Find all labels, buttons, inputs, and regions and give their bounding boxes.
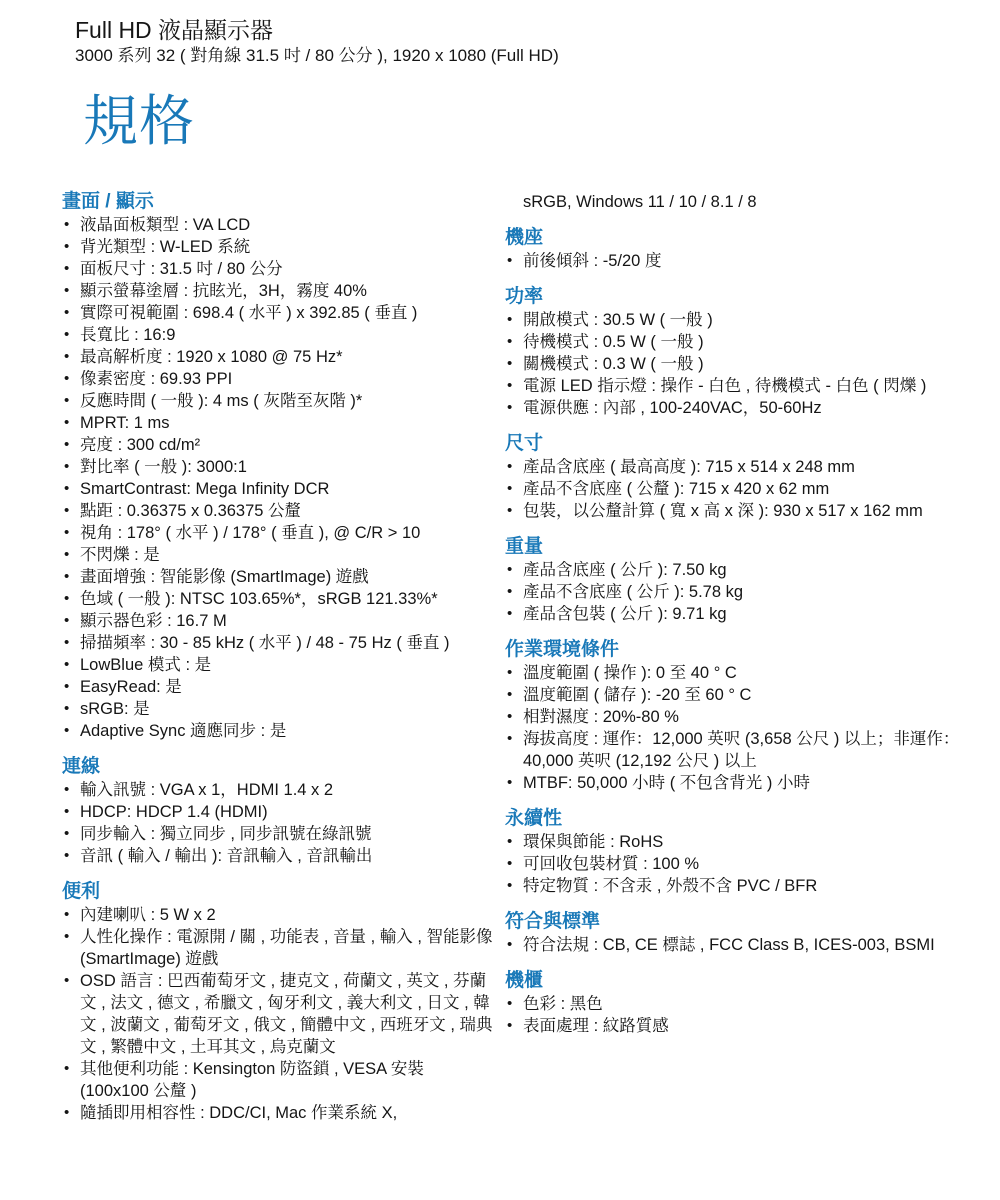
spec-item: 背光類型 : W-LED 系統	[62, 236, 494, 258]
spec-item-list: 開啟模式 : 30.5 W ( 一般 )待機模式 : 0.5 W ( 一般 )關…	[505, 309, 965, 419]
spec-item: 溫度範圍 ( 操作 ): 0 至 40 ° C	[505, 662, 965, 684]
spec-item: 前後傾斜 : -5/20 度	[505, 250, 965, 272]
right-column: sRGB, Windows 11 / 10 / 8.1 / 8機座前後傾斜 : …	[505, 191, 965, 1124]
spec-item: 實際可視範圍 : 698.4 ( 水平 ) x 392.85 ( 垂直 )	[62, 302, 494, 324]
spec-item-list: 色彩 : 黑色表面處理 : 紋路質感	[505, 993, 965, 1037]
page-title: 規格	[83, 91, 962, 151]
spec-sheet-page: Full HD 液晶顯示器 3000 系列 32 ( 對角線 31.5 吋 / …	[0, 0, 1000, 1200]
spec-item: 色域 ( 一般 ): NTSC 103.65%*，sRGB 121.33%*	[62, 588, 494, 610]
spec-item: EasyRead: 是	[62, 676, 494, 698]
spec-section: 機櫃色彩 : 黑色表面處理 : 紋路質感	[505, 970, 965, 1037]
section-heading: 便利	[62, 881, 494, 903]
spec-section: 符合與標準符合法規 : CB, CE 標誌 , FCC Class B, ICE…	[505, 911, 965, 956]
spec-section: 畫面 / 顯示液晶面板類型 : VA LCD背光類型 : W-LED 系統面板尺…	[62, 191, 494, 742]
section-heading: 重量	[505, 536, 965, 558]
spec-item: 輸入訊號 : VGA x 1，HDMI 1.4 x 2	[62, 779, 494, 801]
spec-item: 內建喇叭 : 5 W x 2	[62, 904, 494, 926]
spec-item: 產品不含底座 ( 公斤 ): 5.78 kg	[505, 581, 965, 603]
spec-item: 產品不含底座 ( 公釐 ): 715 x 420 x 62 mm	[505, 478, 965, 500]
spec-item: 待機模式 : 0.5 W ( 一般 )	[505, 331, 965, 353]
spec-item: 隨插即用相容性 : DDC/CI, Mac 作業系統 X,	[62, 1102, 494, 1124]
spec-item: 可回收包裝材質 : 100 %	[505, 853, 965, 875]
left-column: 畫面 / 顯示液晶面板類型 : VA LCD背光類型 : W-LED 系統面板尺…	[62, 191, 494, 1124]
spec-item: 面板尺寸 : 31.5 吋 / 80 公分	[62, 258, 494, 280]
spec-item: 掃描頻率 : 30 - 85 kHz ( 水平 ) / 48 - 75 Hz (…	[62, 632, 494, 654]
document-header: Full HD 液晶顯示器 3000 系列 32 ( 對角線 31.5 吋 / …	[62, 16, 962, 151]
spec-item: 液晶面板類型 : VA LCD	[62, 214, 494, 236]
spec-item-list: 產品含底座 ( 公斤 ): 7.50 kg產品不含底座 ( 公斤 ): 5.78…	[505, 559, 965, 625]
spec-item: sRGB: 是	[62, 698, 494, 720]
product-subtitle: 3000 系列 32 ( 對角線 31.5 吋 / 80 公分 ), 1920 …	[75, 45, 962, 67]
spec-section: 重量產品含底座 ( 公斤 ): 7.50 kg產品不含底座 ( 公斤 ): 5.…	[505, 536, 965, 625]
section-heading: 連線	[62, 756, 494, 778]
spec-item: 不閃爍 : 是	[62, 544, 494, 566]
spec-section: 連線輸入訊號 : VGA x 1，HDMI 1.4 x 2HDCP: HDCP …	[62, 756, 494, 867]
spec-item: MPRT: 1 ms	[62, 412, 494, 434]
spec-item: 開啟模式 : 30.5 W ( 一般 )	[505, 309, 965, 331]
spec-section: 尺寸產品含底座 ( 最高高度 ): 715 x 514 x 248 mm產品不含…	[505, 433, 965, 522]
spec-item: 環保與節能 : RoHS	[505, 831, 965, 853]
spec-item: 特定物質 : 不含汞 , 外殼不含 PVC / BFR	[505, 875, 965, 897]
spec-section: sRGB, Windows 11 / 10 / 8.1 / 8	[505, 191, 965, 213]
spec-item: 顯示器色彩 : 16.7 M	[62, 610, 494, 632]
spec-item: 包裝，以公釐計算 ( 寬 x 高 x 深 ): 930 x 517 x 162 …	[505, 500, 965, 522]
spec-item: 反應時間 ( 一般 ): 4 ms ( 灰階至灰階 )*	[62, 390, 494, 412]
spec-item: 產品含底座 ( 公斤 ): 7.50 kg	[505, 559, 965, 581]
section-heading: 機座	[505, 227, 965, 249]
product-title: Full HD 液晶顯示器	[75, 16, 962, 44]
spec-item-list: sRGB, Windows 11 / 10 / 8.1 / 8	[505, 191, 965, 213]
spec-item-list: 前後傾斜 : -5/20 度	[505, 250, 965, 272]
spec-section: 功率開啟模式 : 30.5 W ( 一般 )待機模式 : 0.5 W ( 一般 …	[505, 286, 965, 419]
spec-item: 產品含包裝 ( 公斤 ): 9.71 kg	[505, 603, 965, 625]
spec-item: 對比率 ( 一般 ): 3000:1	[62, 456, 494, 478]
spec-item: 溫度範圍 ( 儲存 ): -20 至 60 ° C	[505, 684, 965, 706]
spec-item: Adaptive Sync 適應同步 : 是	[62, 720, 494, 742]
section-heading: 尺寸	[505, 433, 965, 455]
spec-item: MTBF: 50,000 小時 ( 不包含背光 ) 小時	[505, 772, 965, 794]
spec-item: SmartContrast: Mega Infinity DCR	[62, 478, 494, 500]
spec-item: 人性化操作 : 電源開 / 關 , 功能表 , 音量 , 輸入 , 智能影像 (…	[62, 926, 494, 970]
spec-item: 畫面增強 : 智能影像 (SmartImage) 遊戲	[62, 566, 494, 588]
spec-item: 點距 : 0.36375 x 0.36375 公釐	[62, 500, 494, 522]
spec-item-list: 產品含底座 ( 最高高度 ): 715 x 514 x 248 mm產品不含底座…	[505, 456, 965, 522]
spec-item-list: 輸入訊號 : VGA x 1，HDMI 1.4 x 2HDCP: HDCP 1.…	[62, 779, 494, 867]
spec-item-list: 符合法規 : CB, CE 標誌 , FCC Class B, ICES-003…	[505, 934, 965, 956]
spec-item: 產品含底座 ( 最高高度 ): 715 x 514 x 248 mm	[505, 456, 965, 478]
spec-item-list: 液晶面板類型 : VA LCD背光類型 : W-LED 系統面板尺寸 : 31.…	[62, 214, 494, 742]
spec-item: 最高解析度 : 1920 x 1080 @ 75 Hz*	[62, 346, 494, 368]
spec-item: 視角 : 178° ( 水平 ) / 178° ( 垂直 ), @ C/R > …	[62, 522, 494, 544]
spec-section: 作業環境條件溫度範圍 ( 操作 ): 0 至 40 ° C溫度範圍 ( 儲存 )…	[505, 639, 965, 794]
spec-columns: 畫面 / 顯示液晶面板類型 : VA LCD背光類型 : W-LED 系統面板尺…	[62, 191, 962, 1124]
section-heading: 功率	[505, 286, 965, 308]
section-heading: 作業環境條件	[505, 639, 965, 661]
spec-item: 音訊 ( 輸入 / 輸出 ): 音訊輸入 , 音訊輸出	[62, 845, 494, 867]
spec-item: 像素密度 : 69.93 PPI	[62, 368, 494, 390]
spec-item: 相對濕度 : 20%-80 %	[505, 706, 965, 728]
spec-item: OSD 語言 : 巴西葡萄牙文 , 捷克文 , 荷蘭文 , 英文 , 芬蘭文 ,…	[62, 970, 494, 1058]
section-heading: 機櫃	[505, 970, 965, 992]
spec-item: 表面處理 : 紋路質感	[505, 1015, 965, 1037]
spec-item: 亮度 : 300 cd/m²	[62, 434, 494, 456]
spec-item: 電源供應 : 內部 , 100-240VAC，50-60Hz	[505, 397, 965, 419]
spec-section: 永續性環保與節能 : RoHS可回收包裝材質 : 100 %特定物質 : 不含汞…	[505, 808, 965, 897]
section-heading: 永續性	[505, 808, 965, 830]
spec-section: 便利內建喇叭 : 5 W x 2人性化操作 : 電源開 / 關 , 功能表 , …	[62, 881, 494, 1124]
spec-item-list: 環保與節能 : RoHS可回收包裝材質 : 100 %特定物質 : 不含汞 , …	[505, 831, 965, 897]
spec-item: LowBlue 模式 : 是	[62, 654, 494, 676]
spec-item: 色彩 : 黑色	[505, 993, 965, 1015]
spec-item: 海拔高度 : 運作：12,000 英呎 (3,658 公尺 ) 以上；非運作：4…	[505, 728, 965, 772]
spec-section: 機座前後傾斜 : -5/20 度	[505, 227, 965, 272]
spec-item: 其他便利功能 : Kensington 防盜鎖 , VESA 安裝 (100x1…	[62, 1058, 494, 1102]
spec-item: 顯示螢幕塗層 : 抗眩光，3H，霧度 40%	[62, 280, 494, 302]
spec-item: 電源 LED 指示燈 : 操作 - 白色 , 待機模式 - 白色 ( 閃爍 )	[505, 375, 965, 397]
spec-item-list: 內建喇叭 : 5 W x 2人性化操作 : 電源開 / 關 , 功能表 , 音量…	[62, 904, 494, 1124]
section-heading: 畫面 / 顯示	[62, 191, 494, 213]
spec-item: 符合法規 : CB, CE 標誌 , FCC Class B, ICES-003…	[505, 934, 965, 956]
spec-item: sRGB, Windows 11 / 10 / 8.1 / 8	[505, 191, 965, 213]
spec-item-list: 溫度範圍 ( 操作 ): 0 至 40 ° C溫度範圍 ( 儲存 ): -20 …	[505, 662, 965, 794]
spec-item: 關機模式 : 0.3 W ( 一般 )	[505, 353, 965, 375]
spec-item: 同步輸入 : 獨立同步 , 同步訊號在綠訊號	[62, 823, 494, 845]
spec-item: 長寬比 : 16:9	[62, 324, 494, 346]
spec-item: HDCP: HDCP 1.4 (HDMI)	[62, 801, 494, 823]
section-heading: 符合與標準	[505, 911, 965, 933]
